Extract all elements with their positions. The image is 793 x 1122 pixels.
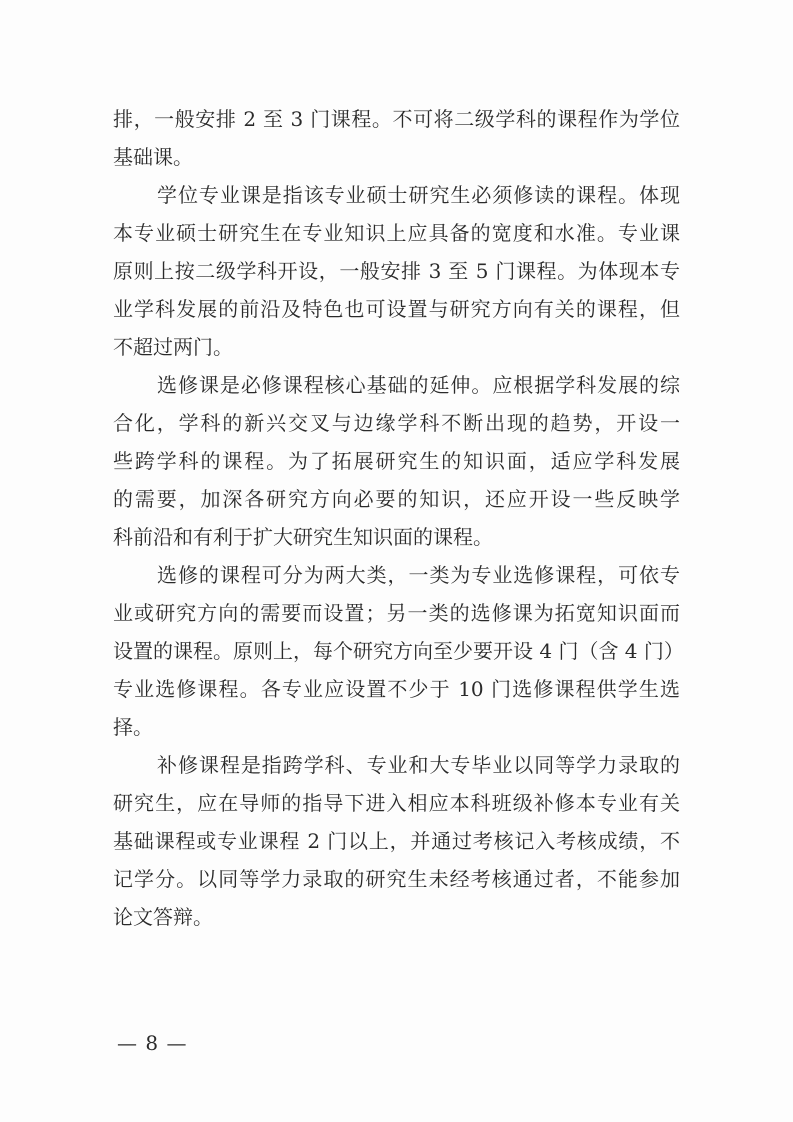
text-line: 设置的课程。原则上，每个研究方向至少要开设 4 门（含 4 门） [113,632,680,670]
text-line: 选修课是必修课程核心基础的延伸。应根据学科发展的综 [113,366,680,404]
text-line: 择。 [113,708,680,746]
text-line: 业学科发展的前沿及特色也可设置与研究方向有关的课程，但 [113,290,680,328]
text-line: 本专业硕士研究生在专业知识上应具备的宽度和水准。专业课 [113,214,680,252]
text-line: 些跨学科的课程。为了拓展研究生的知识面，适应学科发展 [113,442,680,480]
text-line: 排，一般安排 2 至 3 门课程。不可将二级学科的课程作为学位 [113,100,680,138]
text-line: 学位专业课是指该专业硕士研究生必须修读的课程。体现 [113,176,680,214]
text-block: 排，一般安排 2 至 3 门课程。不可将二级学科的课程作为学位基础课。学位专业课… [113,100,680,936]
text-line: 基础课程或专业课程 2 门以上，并通过考核记入考核成绩，不 [113,822,680,860]
text-line: 原则上按二级学科开设，一般安排 3 至 5 门课程。为体现本专 [113,252,680,290]
text-line: 合化，学科的新兴交叉与边缘学科不断出现的趋势，开设一 [113,404,680,442]
text-line: 科前沿和有利于扩大研究生知识面的课程。 [113,518,680,556]
text-line: 研究生，应在导师的指导下进入相应本科班级补修本专业有关 [113,784,680,822]
page-number: — 8 — [117,1024,187,1062]
text-line: 记学分。以同等学力录取的研究生未经考核通过者，不能参加 [113,860,680,898]
text-line: 不超过两门。 [113,328,680,366]
text-line: 论文答辩。 [113,898,680,936]
text-line: 补修课程是指跨学科、专业和大专毕业以同等学力录取的 [113,746,680,784]
text-line: 专业选修课程。各专业应设置不少于 10 门选修课程供学生选 [113,670,680,708]
document-page: 排，一般安排 2 至 3 门课程。不可将二级学科的课程作为学位基础课。学位专业课… [0,0,793,1122]
text-line: 选修的课程可分为两大类，一类为专业选修课程，可依专 [113,556,680,594]
text-line: 基础课。 [113,138,680,176]
text-line: 的需要，加深各研究方向必要的知识，还应开设一些反映学 [113,480,680,518]
text-line: 业或研究方向的需要而设置；另一类的选修课为拓宽知识面而 [113,594,680,632]
